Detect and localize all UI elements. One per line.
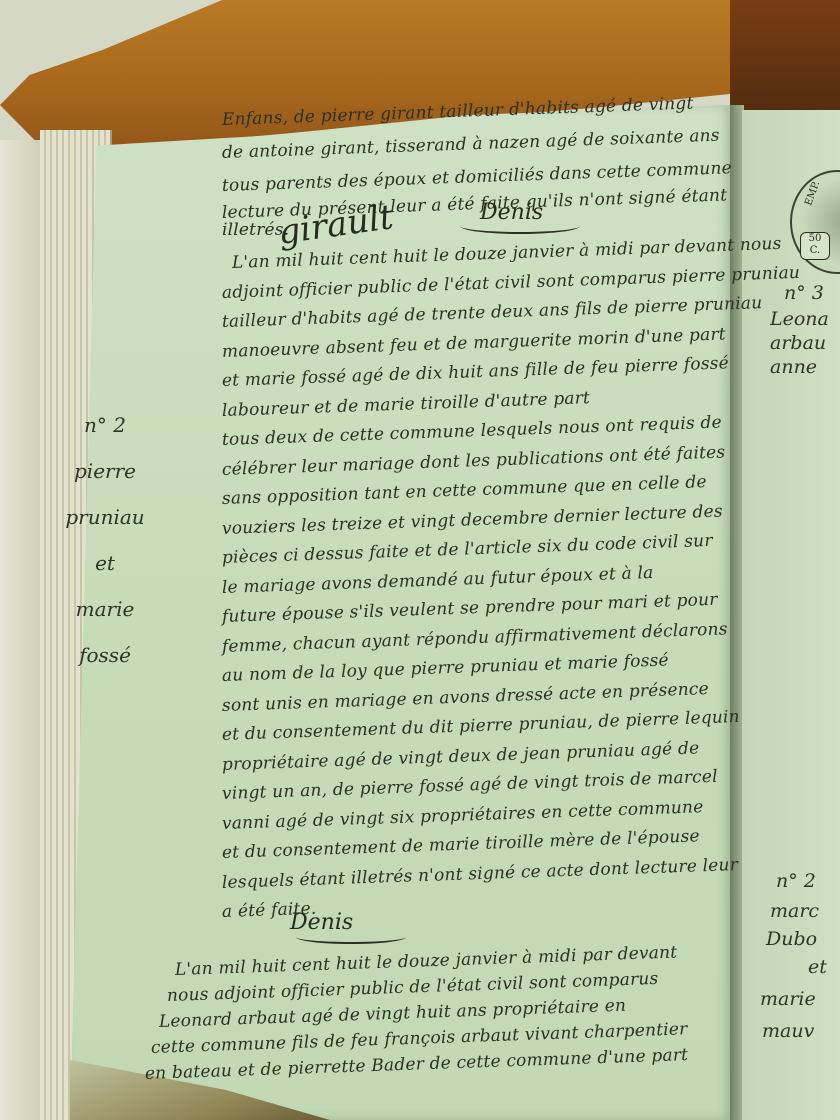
- stamp-value: 50 C.: [800, 232, 830, 260]
- right-margin-line: Dubo: [766, 928, 817, 950]
- margin-line: fossé: [50, 632, 160, 678]
- right-margin-line: anne: [770, 356, 817, 378]
- margin-line: pierre: [50, 448, 160, 494]
- right-entry-number: n° 3: [784, 282, 824, 304]
- right-margin-line: marie: [760, 988, 816, 1010]
- right-margin-line: mauv: [762, 1020, 814, 1042]
- right-margin-line: arbau: [770, 332, 826, 354]
- binding-corner: [730, 0, 840, 125]
- right-margin-line: marc: [770, 900, 819, 922]
- signature-flourish: [296, 930, 406, 944]
- right-margin-line: Leona: [770, 308, 829, 330]
- entry-number: n° 2: [50, 402, 160, 448]
- margin-line: pruniau: [50, 494, 160, 540]
- right-entry-number: n° 2: [776, 870, 816, 892]
- margin-note-entry-2: n° 2 pierre pruniau et marie fossé: [50, 402, 160, 678]
- margin-line: et: [50, 540, 160, 586]
- margin-line: marie: [50, 586, 160, 632]
- signature-flourish: [460, 218, 580, 234]
- right-margin-line: et: [808, 956, 827, 978]
